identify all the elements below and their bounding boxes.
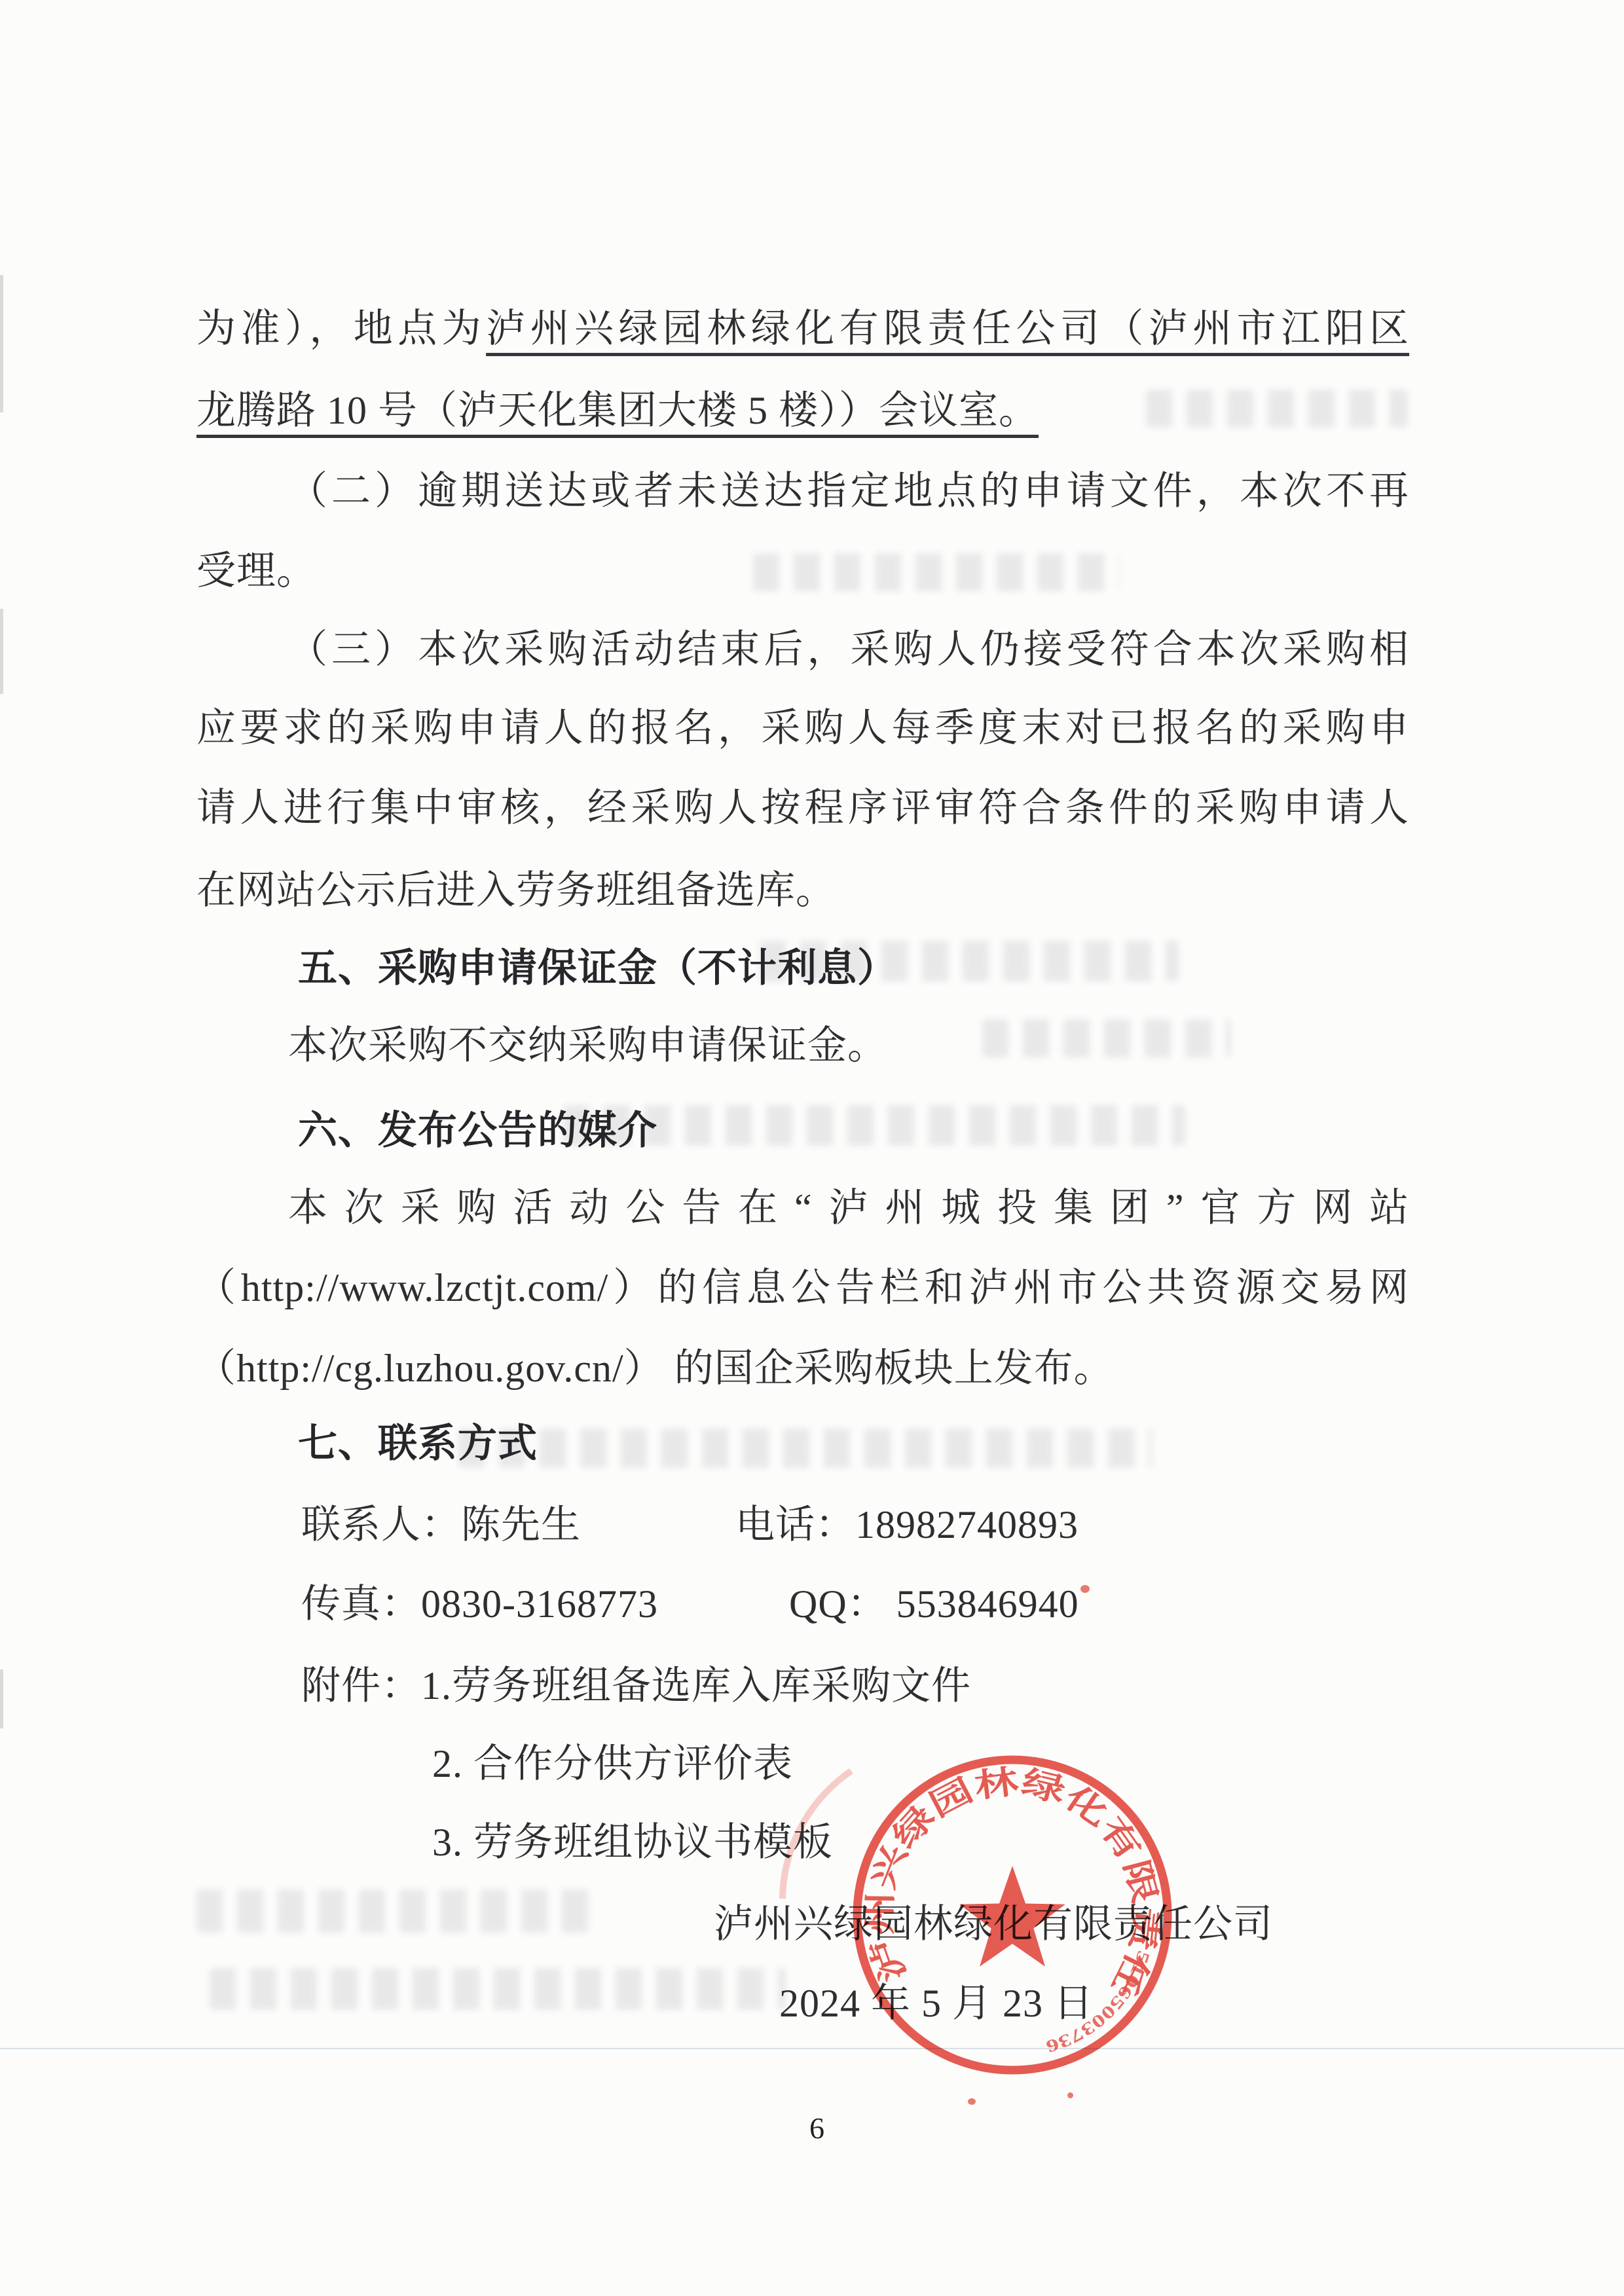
contact-qq-number: 553846940 [896, 1582, 1079, 1626]
contact-fax-number: 0830-3168773 [421, 1582, 658, 1626]
bleedthrough-smudge [458, 1429, 1153, 1468]
paragraph-item3-line4: 在网站公示后进入劳务班组备选库。 [196, 867, 836, 914]
company-seal: 泸州兴绿园林绿化有限责任公司 51065003736 [753, 1745, 1185, 2085]
contact-person-label: 联系人： [301, 1503, 461, 1546]
attachments-row: 附件：1.劳务班组备选库入库采购文件 [301, 1662, 971, 1709]
scan-edge-mark [0, 609, 3, 694]
ink-speck [1067, 2092, 1073, 2098]
contact-qq-row: QQ：553846940 [789, 1580, 1079, 1628]
bleedthrough-smudge [753, 553, 1120, 591]
paragraph-item3-line1: （三）本次采购活动结束后，采购人仍接受符合本次采购相 [196, 626, 1409, 673]
contact-person-row: 联系人：陈先生 [301, 1501, 581, 1548]
section-heading-5: 五、采购申请保证金（不计利息） [196, 945, 897, 992]
contact-fax-row: 传真：0830-3168773 [301, 1580, 658, 1628]
location-text-underlined: 泸州兴绿园林绿化有限责任公司（泸州市江阳区 [486, 307, 1409, 350]
attachment-item-1: 1.劳务班组备选库入库采购文件 [421, 1664, 971, 1707]
contact-person-name: 陈先生 [461, 1503, 581, 1546]
contact-qq-label: QQ： [789, 1582, 887, 1626]
seal-ghost-arc [783, 1771, 851, 1899]
scan-edge-mark [0, 1669, 3, 1728]
ink-speck [968, 2098, 976, 2105]
paragraph-section6-line1: 本次采购活动公告在“泸州城投集团”官方网站 [196, 1184, 1409, 1231]
paragraph-section6-line2: （http://www.lzctjt.com/）的信息公告栏和泸州市公共资源交易… [196, 1264, 1409, 1311]
bleedthrough-smudge [982, 1019, 1231, 1057]
paragraph-line-location-2: 龙腾路 10 号（泸天化集团大楼 5 楼））会议室。 [196, 387, 1039, 434]
contact-phone-row: 电话：18982740893 [735, 1501, 1079, 1548]
contact-fax-label: 传真： [301, 1582, 421, 1626]
paragraph-item3-line2: 应要求的采购申请人的报名，采购人每季度末对已报名的采购申 [196, 704, 1409, 752]
paragraph-item3-line3: 请人进行集中审核，经采购人按程序评审符合条件的采购申请人 [196, 784, 1409, 831]
paragraph-section5: 本次采购不交纳采购申请保证金。 [196, 1022, 887, 1069]
contact-phone-label: 电话： [735, 1503, 855, 1546]
document-page: 为准），地点为泸州兴绿园林绿化有限责任公司（泸州市江阳区 龙腾路 10 号（泸天… [0, 0, 1624, 2296]
seal-ring-text: 泸州兴绿园林绿化有限责任公司 [753, 1745, 1164, 2002]
contact-phone-number: 18982740893 [855, 1503, 1079, 1546]
location-address-underlined: 龙腾路 10 号（泸天化集团大楼 5 楼））会议室。 [196, 389, 1039, 432]
section-heading-6: 六、发布公告的媒介 [196, 1107, 657, 1154]
page-number: 6 [809, 2111, 824, 2145]
attachments-label: 附件： [301, 1664, 421, 1707]
svg-text:泸州兴绿园林绿化有限责任公司: 泸州兴绿园林绿化有限责任公司 [753, 1745, 1164, 2002]
bleedthrough-smudge [1146, 390, 1408, 428]
attachment-item-2: 2. 合作分供方评价表 [432, 1740, 793, 1787]
seal-star-icon [959, 1866, 1065, 1967]
location-text-plain: 为准），地点为 [196, 307, 486, 350]
bleedthrough-smudge [196, 1889, 602, 1933]
paragraph-item2-line1: （二）逾期送达或者未送达指定地点的申请文件，本次不再 [196, 467, 1409, 515]
scan-edge-mark [0, 275, 3, 412]
paragraph-section6-line3: （http://cg.luzhou.gov.cn/） 的国企采购板块上发布。 [196, 1345, 1114, 1392]
ink-speck [1080, 1585, 1090, 1593]
section-heading-7: 七、联系方式 [196, 1420, 538, 1467]
paragraph-line-location-1: 为准），地点为泸州兴绿园林绿化有限责任公司（泸州市江阳区 [196, 305, 1409, 352]
paragraph-item2-line2: 受理。 [196, 547, 316, 594]
bleedthrough-smudge [210, 1968, 786, 2010]
